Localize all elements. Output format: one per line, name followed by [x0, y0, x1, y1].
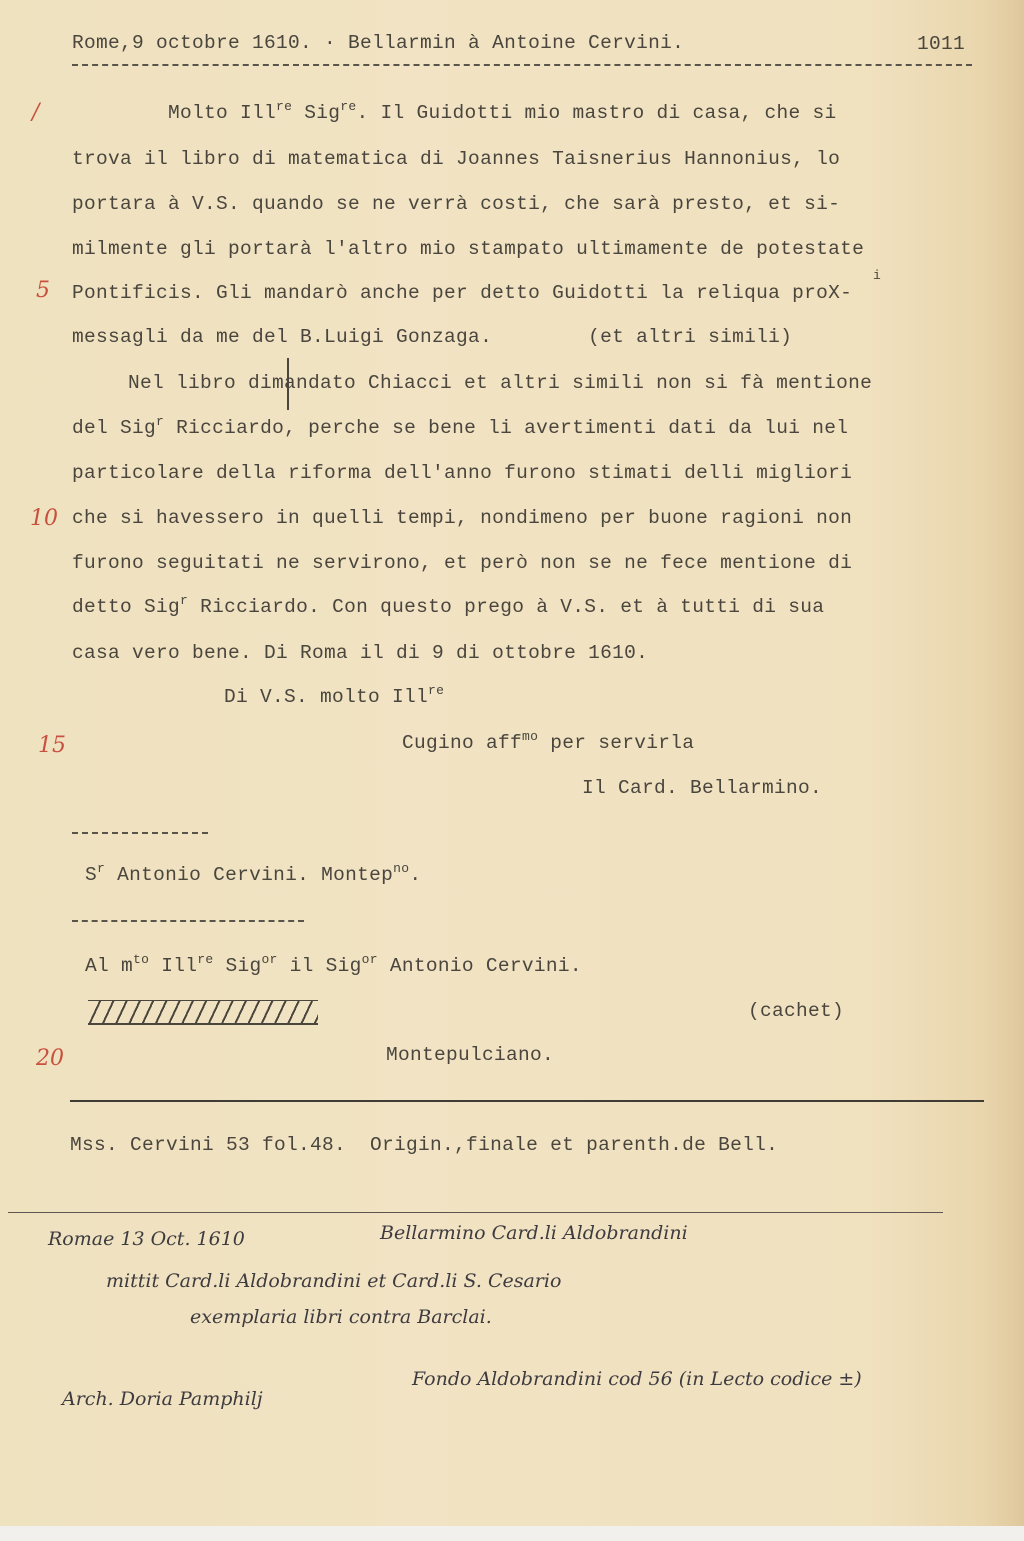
address-divider-2 — [72, 920, 304, 922]
margin-number-20: 20 — [36, 1046, 64, 1071]
margin-number-1: / — [32, 100, 39, 125]
outer-address-line: Al mto Illre Sigor il Sigor Antonio Cerv… — [85, 955, 582, 977]
salutation-line: Molto Illre Sigre. Il Guidotti mio mastr… — [168, 102, 837, 124]
card-divider — [8, 1212, 943, 1213]
hatched-seal-mark — [88, 1000, 318, 1025]
body-line-6: messagli da me del B.Luigi Gonzaga. (et … — [72, 326, 792, 348]
seal-label: (cachet) — [748, 1000, 844, 1022]
handwritten-summary-1: mittit Card.li Aldobrandini et Card.li S… — [106, 1270, 561, 1292]
signature-line-2: Il Card. Bellarmino. — [582, 777, 822, 799]
body-line-13: casa vero bene. Di Roma il di 9 di ottob… — [72, 642, 648, 664]
document-page: Rome,9 octobre 1610. · Bellarmin à Antoi… — [0, 0, 1024, 1526]
margin-number-10: 10 — [30, 506, 58, 531]
body-line-2: trova il libro di matematica di Joannes … — [72, 148, 840, 170]
header-title: Rome,9 octobre 1610. · Bellarmin à Antoi… — [72, 32, 684, 54]
body-line-10: che si havessero in quelli tempi, nondim… — [72, 507, 852, 529]
body-line-9: particolare della riforma dell'anno furo… — [72, 462, 852, 484]
body-line-8: del Sigr Ricciardo, perche se bene li av… — [72, 417, 848, 439]
margin-number-15: 15 — [38, 733, 66, 758]
body-line-11: furono seguitati ne servirono, et però n… — [72, 552, 852, 574]
valediction: Di V.S. molto Illre — [224, 686, 444, 708]
body-line-3: portara à V.S. quando se ne verrà costi,… — [72, 193, 840, 215]
body-line-4: milmente gli portarà l'altro mio stampat… — [72, 238, 864, 260]
header-divider — [72, 64, 972, 66]
interlinear-correction: i — [873, 268, 881, 283]
address-city: Montepulciano. — [386, 1044, 554, 1066]
handwritten-summary-2: exemplaria libri contra Barclai. — [190, 1306, 492, 1328]
margin-number-5: 5 — [36, 278, 50, 303]
page-number: 1011 — [917, 33, 965, 55]
handwritten-fonds: Fondo Aldobrandini cod 56 (in Lecto codi… — [412, 1368, 862, 1390]
handwritten-correspondents: Bellarmino Card.li Aldobrandini — [380, 1222, 688, 1244]
recipient-line: Sr Antonio Cervini. Montepno. — [85, 864, 421, 886]
insertion-mark — [287, 358, 289, 410]
footer-rule — [70, 1100, 984, 1102]
body-line-12: detto Sigr Ricciardo. Con questo prego à… — [72, 596, 824, 618]
source-note: Mss. Cervini 53 fol.48. Origin.,finale e… — [70, 1134, 778, 1156]
handwritten-archive: Arch. Doria Pamphilj — [62, 1388, 263, 1410]
handwritten-date: Romae 13 Oct. 1610 — [48, 1228, 245, 1250]
address-divider-1 — [72, 832, 208, 834]
body-line-7: Nel libro dimandato Chiacci et altri sim… — [80, 372, 872, 394]
body-line-5: Pontificis. Gli mandarò anche per detto … — [72, 282, 852, 304]
signature-line-1: Cugino affmo per servirla — [402, 732, 694, 754]
